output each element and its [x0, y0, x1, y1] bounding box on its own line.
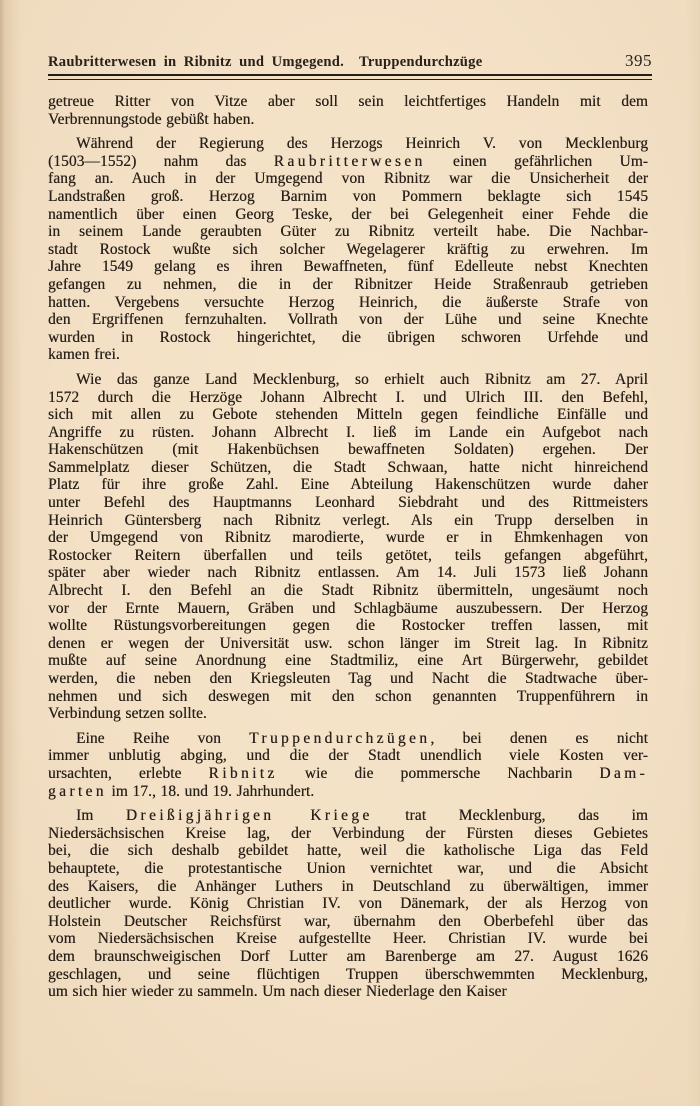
- text-segment: , bei denen es nicht: [430, 730, 648, 747]
- letterspaced-text: Dam-: [599, 765, 648, 782]
- text-segment: trat Mecklenburg, das im: [373, 807, 648, 824]
- text-block: getreue Ritter von Vitze aber soll sein …: [48, 93, 648, 1001]
- text-segment: Albrecht I. den Befehl an die Stadt Ribn…: [48, 582, 648, 599]
- text-segment: kamen frei.: [48, 346, 120, 363]
- text-line: denen er wegen der Universität usw. scho…: [48, 635, 648, 653]
- text-segment: deutlicher wurde. König Christian IV. vo…: [48, 895, 648, 912]
- text-segment: Jahre 1549 gelang es ihren Bewaffneten, …: [48, 258, 648, 275]
- letterspaced-text: Truppendurchzügen: [249, 730, 430, 747]
- text-line: immer unblutig abging, und die der Stadt…: [48, 747, 648, 765]
- letterspaced-text: Dreißigjährigen Kriege: [126, 807, 373, 824]
- text-segment: wurden in Rostock hingerichtet, die übri…: [48, 329, 648, 346]
- text-line: Eine Reihe von Truppendurchzügen, bei de…: [48, 730, 648, 748]
- text-segment: Niedersächsischen Kreise lag, der Verbin…: [48, 825, 648, 842]
- text-segment: sich mit allen zu Gebote stehenden Mitte…: [48, 406, 648, 423]
- text-segment: Holstein Deutscher Reichsfürst war, über…: [48, 913, 648, 930]
- text-line: Jahre 1549 gelang es ihren Bewaffneten, …: [48, 258, 648, 276]
- text-segment: Heinrich Güntersberg nach Ribnitz verleg…: [48, 512, 648, 529]
- text-segment: wollte Rüstungsvorbereitungen gegen die …: [48, 617, 648, 634]
- text-segment: stadt Rostock wußte sich solcher Wegelag…: [48, 241, 648, 258]
- text-line: ursachten, erlebte Ribnitz wie die pomme…: [48, 765, 648, 783]
- text-line: garten im 17., 18. und 19. Jahrhundert.: [48, 783, 648, 801]
- text-segment: im 17., 18. und 19. Jahrhundert.: [107, 783, 314, 800]
- text-line: Albrecht I. den Befehl an die Stadt Ribn…: [48, 582, 648, 600]
- text-segment: mußte auf seine Anordnung eine Stadtmili…: [48, 652, 648, 669]
- text-segment: (1503—1552) nahm das: [48, 153, 274, 170]
- text-line: wollte Rüstungsvorbereitungen gegen die …: [48, 617, 648, 635]
- text-segment: Im: [76, 807, 126, 824]
- text-segment: denen er wegen der Universität usw. scho…: [48, 635, 648, 652]
- text-line: mußte auf seine Anordnung eine Stadtmili…: [48, 652, 648, 670]
- text-line: um sich hier wieder zu sammeln. Um nach …: [48, 983, 648, 1001]
- text-segment: 1572 durch die Herzöge Johann Albrecht I…: [48, 389, 648, 406]
- letterspaced-text: garten: [48, 783, 107, 800]
- page-number: 395: [625, 51, 652, 71]
- text-segment: Hakenschützen (mit Hakenbüchsen bewaffne…: [48, 441, 648, 458]
- text-segment: vom Niedersächsischen Kreise aufgestellt…: [48, 930, 648, 947]
- text-line: Rostocker Reitern überfallen und teils g…: [48, 547, 648, 565]
- text-line: des Kaisers, die Anhänger Luthers in Deu…: [48, 878, 648, 896]
- text-segment: immer unblutig abging, und die der Stadt…: [48, 747, 648, 764]
- text-line: vor der Ernte Mauern, Gräben und Schlagb…: [48, 600, 648, 618]
- text-line: 1572 durch die Herzöge Johann Albrecht I…: [48, 389, 648, 407]
- text-segment: vor der Ernte Mauern, Gräben und Schlagb…: [48, 600, 648, 617]
- text-line: Holstein Deutscher Reichsfürst war, über…: [48, 913, 648, 931]
- text-line: getreue Ritter von Vitze aber soll sein …: [48, 93, 648, 111]
- text-segment: geschlagen, und seine flüchtigen Truppen…: [48, 966, 648, 983]
- text-segment: gefangen zu nehmen, die in der Ribnitzer…: [48, 276, 648, 293]
- text-segment: Rostocker Reitern überfallen und teils g…: [48, 547, 648, 564]
- text-segment: einen gefährlichen Um-: [426, 153, 648, 170]
- page-header: Raubritterwesen in Ribnitz und Umgegend.…: [48, 51, 652, 71]
- letterspaced-text: Ribnitz: [209, 765, 278, 782]
- header-rule: [48, 74, 652, 80]
- text-segment: werden, die neben den Kriegsleuten Tag u…: [48, 670, 648, 687]
- text-segment: bei, die sich deshalb gebildet hatte, we…: [48, 842, 648, 859]
- paragraph: getreue Ritter von Vitze aber soll sein …: [48, 93, 648, 128]
- text-line: Angriffe zu rüsten. Johann Albrecht I. l…: [48, 424, 648, 442]
- text-line: Verbindung setzen sollte.: [48, 705, 648, 723]
- text-segment: später aber wieder nach Ribnitz entlasse…: [48, 564, 648, 581]
- text-line: nehmen und sich deswegen mit den schon g…: [48, 688, 648, 706]
- text-segment: behauptete, die protestantische Union ve…: [48, 860, 648, 877]
- text-line: (1503—1552) nahm das Raubritterwesen ein…: [48, 153, 648, 171]
- text-segment: der Umgegend von Ribnitz marodierte, wur…: [48, 529, 648, 546]
- text-line: Sammelplatz dieser Schützen, die Stadt S…: [48, 459, 648, 477]
- text-line: Im Dreißigjährigen Kriege trat Mecklenbu…: [48, 807, 648, 825]
- text-line: Heinrich Güntersberg nach Ribnitz verleg…: [48, 512, 648, 530]
- paragraph: Während der Regierung des Herzogs Heinri…: [48, 135, 648, 364]
- text-segment: Angriffe zu rüsten. Johann Albrecht I. l…: [48, 424, 648, 441]
- text-line: unter Befehl des Hauptmanns Leonhard Sie…: [48, 494, 648, 512]
- text-segment: in seinem Lande geraubten Güter zu Ribni…: [48, 223, 648, 240]
- text-segment: wie die pommersche Nachbarin: [278, 765, 600, 782]
- text-segment: Verbindung setzen sollte.: [48, 705, 207, 722]
- text-line: behauptete, die protestantische Union ve…: [48, 860, 648, 878]
- text-line: Platz für ihre große Zahl. Eine Abteilun…: [48, 476, 648, 494]
- paragraph: Eine Reihe von Truppendurchzügen, bei de…: [48, 730, 648, 800]
- text-line: Hakenschützen (mit Hakenbüchsen bewaffne…: [48, 441, 648, 459]
- text-line: Verbrennungstode gebüßt haben.: [48, 111, 648, 129]
- text-segment: Während der Regierung des Herzogs Heinri…: [76, 135, 648, 152]
- text-line: dem braunschweigischen Dorf Lutter am Ba…: [48, 948, 648, 966]
- text-line: Während der Regierung des Herzogs Heinri…: [48, 135, 648, 153]
- text-segment: den Ergriffenen fernzuhalten. Vollrath v…: [48, 311, 648, 328]
- text-segment: namentlich über einen Georg Teske, der b…: [48, 206, 648, 223]
- text-segment: des Kaisers, die Anhänger Luthers in Deu…: [48, 878, 648, 895]
- text-line: vom Niedersächsischen Kreise aufgestellt…: [48, 930, 648, 948]
- text-line: wurden in Rostock hingerichtet, die übri…: [48, 329, 648, 347]
- text-line: den Ergriffenen fernzuhalten. Vollrath v…: [48, 311, 648, 329]
- text-segment: fang an. Auch in der Umgegend von Ribnit…: [48, 170, 648, 187]
- text-segment: Wie das ganze Land Mecklenburg, so erhie…: [76, 371, 648, 388]
- text-line: geschlagen, und seine flüchtigen Truppen…: [48, 966, 648, 984]
- text-line: später aber wieder nach Ribnitz entlasse…: [48, 564, 648, 582]
- text-segment: hatten. Vergebens versuchte Herzog Heinr…: [48, 294, 648, 311]
- letterspaced-text: Raubritterwesen: [274, 153, 426, 170]
- text-segment: ursachten, erlebte: [48, 765, 209, 782]
- text-line: Landstraßen groß. Herzog Barnim von Pomm…: [48, 188, 648, 206]
- text-segment: Sammelplatz dieser Schützen, die Stadt S…: [48, 459, 648, 476]
- text-line: gefangen zu nehmen, die in der Ribnitzer…: [48, 276, 648, 294]
- scanned-book-page: Raubritterwesen in Ribnitz und Umgegend.…: [0, 0, 700, 1106]
- text-line: der Umgegend von Ribnitz marodierte, wur…: [48, 529, 648, 547]
- text-segment: nehmen und sich deswegen mit den schon g…: [48, 688, 648, 705]
- text-line: sich mit allen zu Gebote stehenden Mitte…: [48, 406, 648, 424]
- text-line: deutlicher wurde. König Christian IV. vo…: [48, 895, 648, 913]
- text-line: stadt Rostock wußte sich solcher Wegelag…: [48, 241, 648, 259]
- text-segment: getreue Ritter von Vitze aber soll sein …: [48, 93, 648, 110]
- text-segment: Eine Reihe von: [76, 730, 249, 747]
- running-title: Raubritterwesen in Ribnitz und Umgegend.…: [48, 54, 482, 71]
- text-line: Wie das ganze Land Mecklenburg, so erhie…: [48, 371, 648, 389]
- text-line: hatten. Vergebens versuchte Herzog Heinr…: [48, 294, 648, 312]
- paragraph: Im Dreißigjährigen Kriege trat Mecklenbu…: [48, 807, 648, 1001]
- text-line: fang an. Auch in der Umgegend von Ribnit…: [48, 170, 648, 188]
- text-line: Niedersächsischen Kreise lag, der Verbin…: [48, 825, 648, 843]
- text-line: bei, die sich deshalb gebildet hatte, we…: [48, 842, 648, 860]
- text-segment: Landstraßen groß. Herzog Barnim von Pomm…: [48, 188, 648, 205]
- text-segment: Verbrennungstode gebüßt haben.: [48, 111, 254, 128]
- text-line: in seinem Lande geraubten Güter zu Ribni…: [48, 223, 648, 241]
- text-line: namentlich über einen Georg Teske, der b…: [48, 206, 648, 224]
- text-line: kamen frei.: [48, 346, 648, 364]
- paragraph: Wie das ganze Land Mecklenburg, so erhie…: [48, 371, 648, 723]
- text-line: werden, die neben den Kriegsleuten Tag u…: [48, 670, 648, 688]
- text-segment: um sich hier wieder zu sammeln. Um nach …: [48, 983, 507, 1000]
- text-segment: dem braunschweigischen Dorf Lutter am Ba…: [48, 948, 648, 965]
- text-segment: Platz für ihre große Zahl. Eine Abteilun…: [48, 476, 648, 493]
- text-segment: unter Befehl des Hauptmanns Leonhard Sie…: [48, 494, 648, 511]
